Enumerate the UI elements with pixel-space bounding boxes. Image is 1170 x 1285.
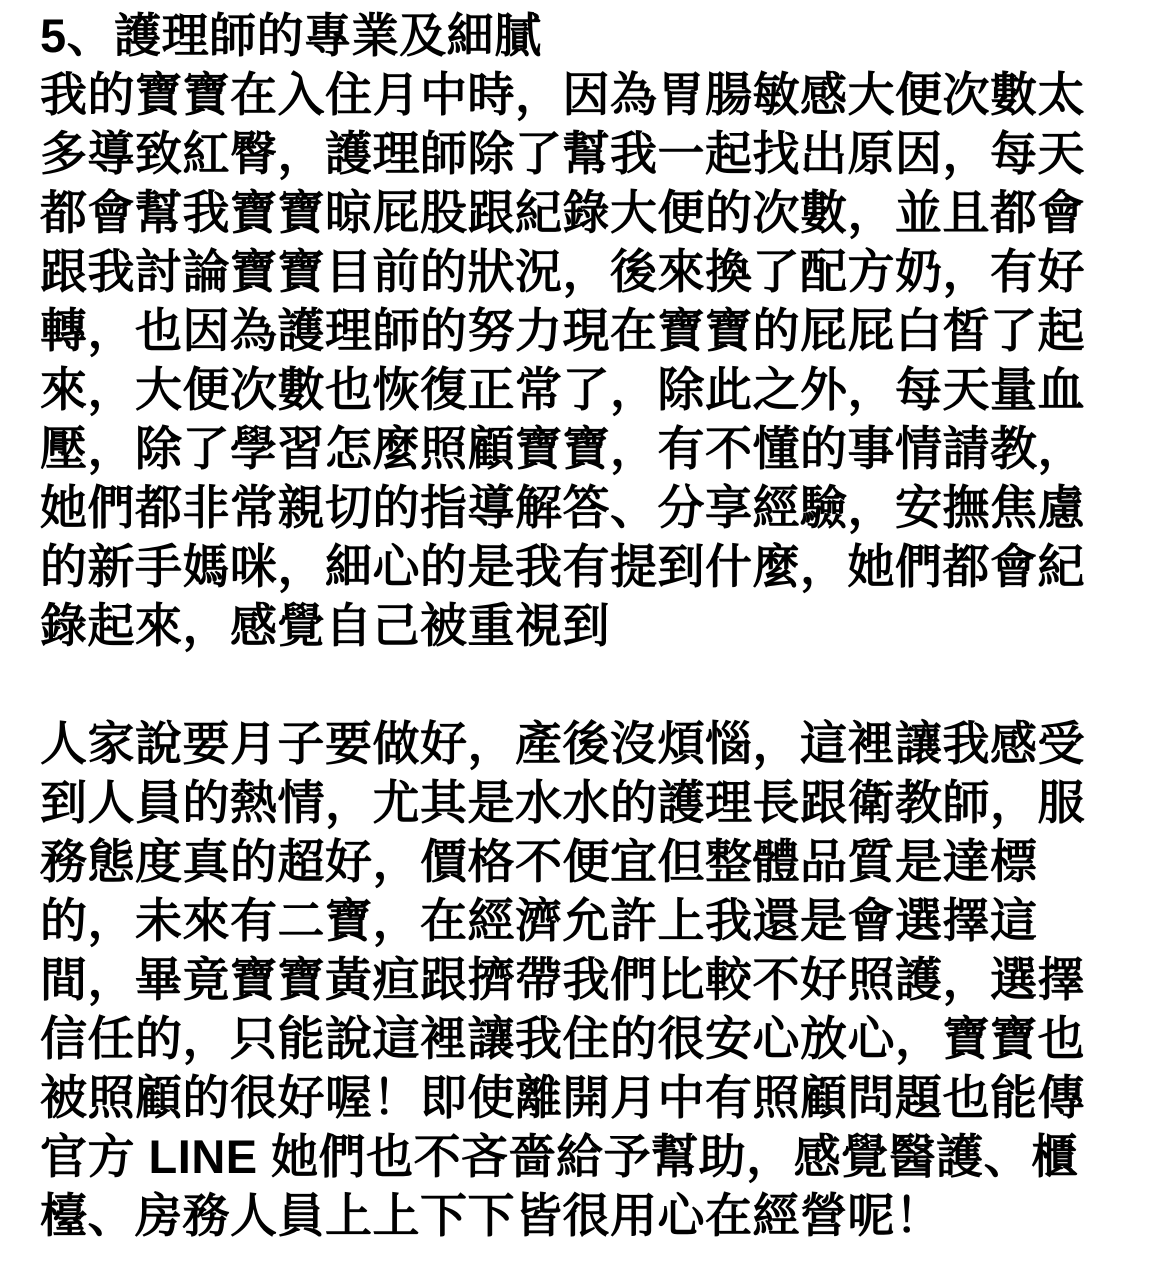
document-page: 5、護理師的專業及細膩 我的寶寶在入住月中時，因為胃腸敏感大便次數太多導致紅臀，… [0,0,1170,1285]
review-paragraph-2: 人家說要月子要做好，產後沒煩惱，這裡讓我感受到人員的熱情，尤其是水水的護理長跟衛… [40,714,1132,1245]
review-paragraph-1: 我的寶寶在入住月中時，因為胃腸敏感大便次數太多導致紅臀，護理師除了幫我一起找出原… [40,65,1132,655]
section-heading: 5、護理師的專業及細膩 [40,6,1132,65]
